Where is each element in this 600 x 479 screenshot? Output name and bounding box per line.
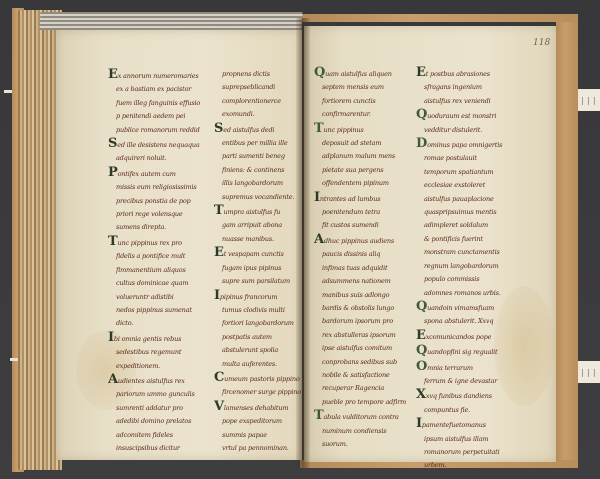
manuscript-line: Ipipinus francorum — [214, 289, 304, 304]
manuscript-line: ipsum aistulfus illam — [416, 433, 514, 446]
book-gutter — [296, 18, 310, 468]
manuscript-line: illis langobardorum — [214, 177, 304, 190]
marker-clip-bottom — [10, 358, 18, 361]
manuscript-line: dicto. — [108, 317, 200, 330]
initial-letter: C — [214, 371, 224, 385]
manuscript-line: fortiorem cunctis — [314, 95, 406, 108]
manuscript-line: expeditionem. — [108, 360, 200, 373]
manuscript-line: Adhuc pippinus audiens — [314, 233, 406, 248]
manuscript-line: pope exspeditorum — [214, 415, 304, 428]
initial-letter: D — [416, 137, 427, 151]
initial-letter: Q — [314, 66, 325, 80]
manuscript-line: fit custos sumendi — [314, 219, 406, 232]
manuscript-line: Tabula vulditorum contra — [314, 409, 406, 424]
manuscript-line: conprobans sedibus sub — [314, 356, 406, 369]
manuscript-line: fircenomer surge pippino — [214, 386, 304, 399]
initial-letter: A — [108, 373, 118, 387]
manuscript-line: Sed aistulfus dedi — [214, 122, 304, 137]
initial-letter: S — [108, 137, 117, 151]
manuscript-line: Excomunicandos pope — [416, 329, 514, 344]
manuscript-line: supremus vocandiente. — [214, 191, 304, 204]
manuscript-line: romae postulauit — [416, 152, 514, 165]
manuscript-line: adplanum malum mens — [314, 150, 406, 163]
manuscript-line: gam arripuit abona — [214, 219, 304, 232]
manuscript-line: Quoduraum est monstri — [416, 108, 514, 123]
initial-letter: T — [314, 409, 323, 423]
manuscript-line: sedestibus regemunt — [108, 346, 200, 359]
initial-letter: T — [314, 122, 323, 136]
manuscript-line: poenitendum tetra — [314, 206, 406, 219]
manuscript-line: nuasse manibus. — [214, 233, 304, 246]
initial-letter: T — [214, 204, 223, 218]
manuscript-line: bardorum ipsorum pro — [314, 315, 406, 328]
manuscript-line: pariorum ummo gunculis — [108, 388, 200, 401]
manuscript-line: nobile & satisfactione — [314, 369, 406, 382]
manuscript-line: aistulfus pauaplacione — [416, 193, 514, 206]
manuscript-line: precibus ponstia de pop — [108, 195, 200, 208]
top-cover-edge — [300, 14, 578, 22]
manuscript-line: nedos pippinus sumenat — [108, 304, 200, 317]
manuscript-line: Et postbus abrasiones — [416, 66, 514, 81]
manuscript-line: ex a bastiam ex pacistor — [108, 83, 200, 96]
manuscript-line: Quandopfini sig regualit — [416, 344, 514, 359]
manuscript-line: Dominus papa omnigertis — [416, 137, 514, 152]
manuscript-line: fortiori langobardorum — [214, 317, 304, 330]
manuscript-line: fidelis a pontifice mult — [108, 250, 200, 263]
manuscript-line: adomnes romanos urbis. — [416, 287, 514, 300]
manuscript-line: adquireri noluit. — [108, 152, 200, 165]
manuscript-line: septem mensis eum — [314, 81, 406, 94]
manuscript-line: vrtul pa pennominan. — [214, 442, 304, 455]
manuscript-line: bardis & obstolis lungo — [314, 302, 406, 315]
manuscript-line: adedibi domino prelatos — [108, 415, 200, 428]
initial-letter: E — [108, 68, 118, 82]
manuscript-line: quaspripsuimus mentis — [416, 206, 514, 219]
manuscript-line: sfragans ingenium — [416, 81, 514, 94]
manuscript-line: Tunc pippinus rex pro — [108, 235, 200, 250]
manuscript-line: ferrum & igne devastar — [416, 375, 514, 388]
manuscript-line: ipse aistulfus comitum — [314, 342, 406, 355]
manuscript-line: populo commissis — [416, 273, 514, 286]
manuscript-line: infimas tuas adquidit — [314, 262, 406, 275]
manuscript-line: fimmanentium aliquos — [108, 264, 200, 277]
initial-letter: T — [108, 235, 117, 249]
manuscript-line: adcomitem fideles — [108, 429, 200, 442]
manuscript-line: paucis dissinis aliq — [314, 248, 406, 261]
initial-letter: Q — [416, 344, 427, 358]
initial-letter: E — [416, 66, 426, 80]
right-page-column-1: Quam aistulfus aliquenseptem mensis eumf… — [314, 66, 406, 451]
manuscript-line: Xxvq funibus dandiens — [416, 388, 514, 403]
manuscript-line: summis papae — [214, 429, 304, 442]
manuscript-line: multa auferentes. — [214, 358, 304, 371]
manuscript-line: Tunc pippinus — [314, 122, 406, 137]
left-page-column-2: propnens dictissuprepseblicandicomploren… — [214, 68, 304, 455]
manuscript-line: Sed ille desistens nequaquam — [108, 137, 200, 152]
manuscript-line: aistulfus rex veniendi — [416, 95, 514, 108]
manuscript-line: confirmarentur. — [314, 108, 406, 121]
manuscript-line: Ipamentefuetomanus — [416, 417, 514, 432]
manuscript-line: rex abstulleras ipsorum — [314, 329, 406, 342]
manuscript-line: vedditur distulerit. — [416, 124, 514, 137]
manuscript-line: Quandoin vimamsfuam — [416, 300, 514, 315]
manuscript-line: exomundi. — [214, 108, 304, 121]
initial-letter: A — [314, 233, 324, 247]
manuscript-line: insuscipsibus dicitur — [108, 442, 200, 455]
manuscript-line: manibus suis adlongo — [314, 289, 406, 302]
manuscript-line: Et vespapam cunctis — [214, 246, 304, 261]
ruler-tab-top: ||| — [578, 89, 600, 111]
manuscript-line: Intrantes ad lumbus — [314, 191, 406, 206]
manuscript-line: recuperar Ragencia — [314, 382, 406, 395]
initial-letter: I — [108, 331, 114, 345]
manuscript-line: complorentionerce — [214, 95, 304, 108]
marker-clip-top — [4, 90, 12, 93]
manuscript-line: Pontifex autem cum — [108, 166, 200, 181]
manuscript-line: propnens dictis — [214, 68, 304, 81]
manuscript-line: adimpleret soldalum — [416, 219, 514, 232]
manuscript-line: entibus per millia ille — [214, 137, 304, 150]
initial-letter: I — [314, 191, 320, 205]
initial-letter: I — [214, 289, 220, 303]
manuscript-line: fugam ipus pipinus — [214, 262, 304, 275]
initial-letter: I — [416, 417, 422, 431]
initial-letter: Q — [416, 300, 427, 314]
initial-letter: E — [416, 329, 426, 343]
manuscript-line: Ibi omnia gentis rebus — [108, 331, 200, 346]
manuscript-line: temporum spatiantum — [416, 166, 514, 179]
manuscript-line: sumens direpta. — [108, 221, 200, 234]
page-stack-top — [40, 12, 303, 30]
manuscript-line: supre sum parsilatum — [214, 275, 304, 288]
manuscript-line: priori rege volensque — [108, 208, 200, 221]
manuscript-line: numinum condiensis — [314, 425, 406, 438]
back-cover-right — [556, 16, 578, 468]
manuscript-line: ecclesiae exstoleret — [416, 179, 514, 192]
right-page-column-2: Et postbus abrasionessfragans ingeniumai… — [416, 66, 514, 473]
left-page-column-1: Ex annorum numeromariesex a bastiam ex p… — [108, 68, 200, 455]
manuscript-line: Quam aistulfus aliquen — [314, 66, 406, 81]
left-page: Ex annorum numeromariesex a bastiam ex p… — [56, 30, 302, 460]
manuscript-line: postpatis autem — [214, 331, 304, 344]
right-page: 118 Quam aistulfus aliquenseptem mensis … — [304, 26, 556, 462]
manuscript-line: regnum langobardorum — [416, 260, 514, 273]
manuscript-line: Omnia terrarum — [416, 360, 514, 375]
manuscript-line: fuem illeg fanguinis effusion — [108, 97, 200, 110]
initial-letter: Q — [416, 108, 427, 122]
manuscript-line: cultus dominicae quam — [108, 277, 200, 290]
manuscript-line: & pontificis fuerint — [416, 233, 514, 246]
folio-number: 118 — [533, 38, 550, 48]
manuscript-line: monstram cunctamentis — [416, 246, 514, 259]
manuscript-line: compuntus fie. — [416, 404, 514, 417]
manuscript-line: missis eum religiosissimis — [108, 181, 200, 194]
manuscript-line: suprepseblicandi — [214, 81, 304, 94]
initial-letter: V — [214, 400, 224, 414]
ruler-tab-bottom: ||| — [578, 361, 600, 383]
initial-letter: O — [416, 360, 427, 374]
manuscript-line: parti sumenti beneg — [214, 150, 304, 163]
manuscript-line: suorum. — [314, 438, 406, 451]
manuscript-line: p penitendi aedem pei — [108, 110, 200, 123]
manuscript-line: Audientes aistulfus rex — [108, 373, 200, 388]
initial-letter: S — [214, 122, 223, 136]
manuscript-line: pueble pro tempore adfirmans — [314, 396, 406, 409]
manuscript-line: Tumpra aistulfus fu — [214, 204, 304, 219]
manuscript-line: Vlamenses dehabitum — [214, 400, 304, 415]
manuscript-line: sumrenti addatur pro — [108, 402, 200, 415]
manuscript-line: offendentem pipinum — [314, 177, 406, 190]
manuscript-line: adsummens nationem — [314, 275, 406, 288]
initial-letter: X — [416, 388, 426, 402]
manuscript-line: abstulerunt spolia — [214, 344, 304, 357]
manuscript-line: romanorum perpetuitati — [416, 446, 514, 459]
manuscript-line: Cumeum pastoris pippino — [214, 371, 304, 386]
manuscript-line: deposuit ad stetam — [314, 137, 406, 150]
manuscript-line: volueruntr adistibi — [108, 291, 200, 304]
initial-letter: P — [108, 166, 118, 180]
manuscript-line: pietate sua pergens — [314, 164, 406, 177]
manuscript-line: spona abstulerit. Xxvq — [416, 315, 514, 328]
manuscript-line: publice romanorum reddidero. — [108, 124, 200, 137]
manuscript-line: urbem. — [416, 459, 514, 472]
manuscript-line: tumus clodivis multi — [214, 304, 304, 317]
manuscript-line: Ex annorum numeromaries — [108, 68, 200, 83]
initial-letter: E — [214, 246, 224, 260]
manuscript-line: finiens: & continens — [214, 164, 304, 177]
